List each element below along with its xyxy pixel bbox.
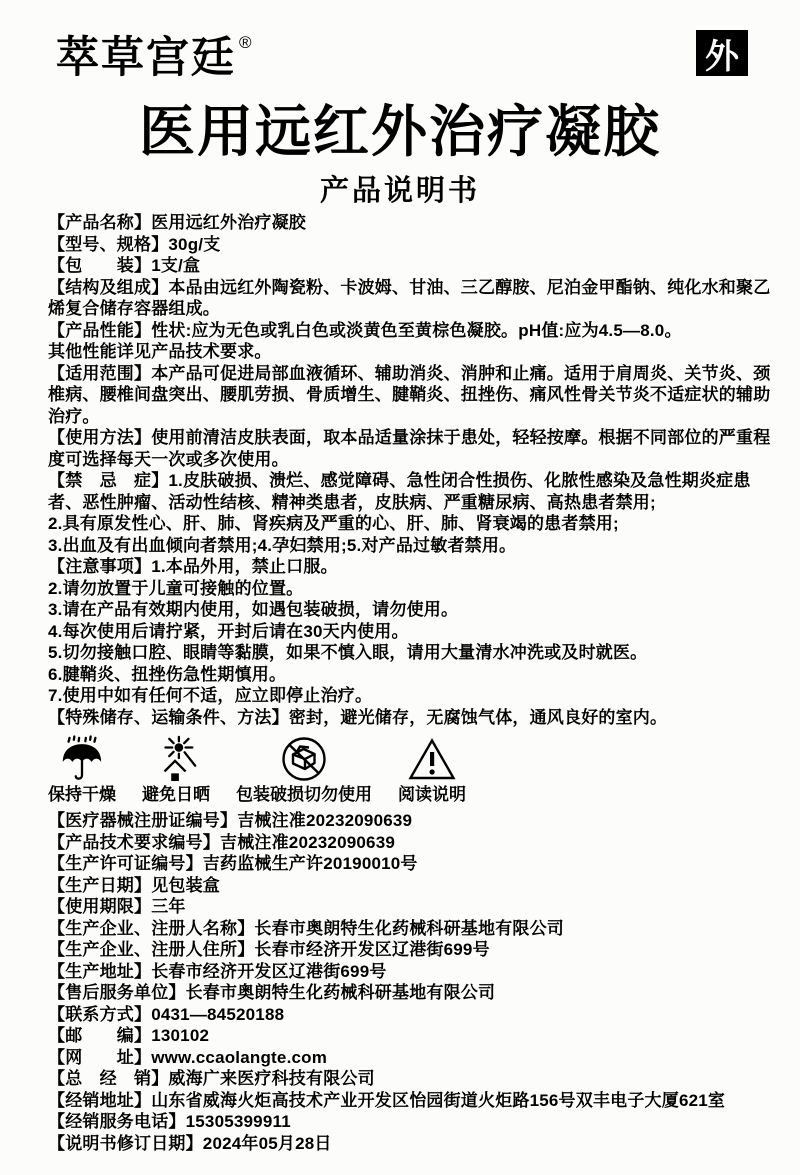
para-composition: 【结构及组成】本品由远红外陶瓷粉、卡波姆、甘油、三乙醇胺、尼泊金甲酯钠、纯化水和… (48, 277, 772, 320)
document-subtitle: 产品说明书 (0, 168, 800, 209)
document-body: 【产品名称】医用远红外治疗凝胶 【型号、规格】30g/支 【包 装】1支/盒 【… (48, 212, 772, 1154)
symbol-keep-dry: 保持干燥 (48, 735, 116, 805)
para-precaution-6: 6.腱鞘炎、扭挫伤急性期慎用。 (48, 664, 772, 686)
para-manufacturer-residence: 【生产企业、注册人住所】长春市经济开发区辽港街699号 (48, 939, 772, 961)
brand-name: 萃草宫廷 (56, 34, 236, 82)
para-registration-cert-no: 【医疗器械注册证编号】吉械注准20232090639 (48, 810, 772, 832)
para-distributor-address: 【经销地址】山东省威海火炬高技术产业开发区怡园街道火炬路156号双丰电子大厦62… (48, 1090, 772, 1112)
para-precaution-4: 4.每次使用后请拧紧，开封后请在30天内使用。 (48, 621, 772, 643)
para-performance: 【产品性能】性状:应为无色或乳白色或淡黄色至黄棕色凝胶。pH值:应为4.5—8.… (48, 320, 772, 342)
para-storage: 【特殊储存、运输条件、方法】密封，避光储存，无腐蚀气体，通风良好的室内。 (48, 707, 772, 729)
para-precaution-1: 【注意事项】1.本品外用，禁止口服。 (48, 556, 772, 578)
para-precaution-3: 3.请在产品有效期内使用，如遇包装破损，请勿使用。 (48, 599, 772, 621)
brand-logo: 萃草宫廷® (56, 24, 254, 85)
avoid-sunlight-icon (153, 735, 199, 785)
para-production-address: 【生产地址】长春市经济开发区辽港街699号 (48, 961, 772, 983)
para-postal-code: 【邮 编】130102 (48, 1025, 772, 1047)
para-contraindications-3: 3.出血及有出血倾向者禁用;4.孕妇禁用;5.对产品过敏者禁用。 (48, 535, 772, 557)
para-product-name: 【产品名称】医用远红外治疗凝胶 (48, 212, 772, 234)
para-packaging: 【包 装】1支/盒 (48, 255, 772, 277)
package-damaged-label: 包装破损切勿使用 (236, 785, 372, 805)
para-distributor-phone: 【经销服务电话】15305399911 (48, 1111, 772, 1133)
para-contact-phone: 【联系方式】0431—84520188 (48, 1004, 772, 1026)
para-contraindications-2: 2.具有原发性心、肝、肺、肾疾病及严重的心、肝、肺、肾衰竭的患者禁用; (48, 513, 772, 535)
para-precaution-2: 2.请勿放置于儿童可接触的位置。 (48, 578, 772, 600)
para-model-spec: 【型号、规格】30g/支 (48, 234, 772, 256)
product-title: 医用远红外治疗凝胶 (0, 88, 800, 168)
para-precaution-5: 5.切勿接触口腔、眼睛等黏膜，如果不慎入眼，请用大量清水冲洗或及时就医。 (48, 642, 772, 664)
para-after-sales-unit: 【售后服务单位】长春市奥朗特生化药械科研基地有限公司 (48, 982, 772, 1004)
symbol-read-instructions: 阅读说明 (398, 735, 466, 805)
para-distributor: 【总 经 销】威海广来医疗科技有限公司 (48, 1068, 772, 1090)
para-indications: 【适用范围】本产品可促进局部血液循环、辅助消炎、消肿和止痛。适用于肩周炎、关节炎… (48, 363, 772, 428)
para-tech-requirement-no: 【产品技术要求编号】吉械注准20232090639 (48, 832, 772, 854)
para-shelf-life: 【使用期限】三年 (48, 896, 772, 918)
para-precaution-7: 7.使用中如有任何不适，应立即停止治疗。 (48, 685, 772, 707)
para-website: 【网 址】www.ccaolangte.com (48, 1047, 772, 1069)
para-contraindications-1: 【禁 忌 症】1.皮肤破损、溃烂、感觉障碍、急性闭合性损伤、化脓性感染及急性期炎… (48, 470, 772, 513)
avoid-sunlight-label: 避免日晒 (142, 785, 210, 805)
read-instructions-label: 阅读说明 (398, 785, 466, 805)
symbol-package-damaged: 包装破损切勿使用 (236, 735, 372, 805)
instruction-sheet: 萃草宫廷® 外 医用远红外治疗凝胶 产品说明书 【产品名称】医用远红外治疗凝胶 … (0, 0, 800, 1175)
read-instructions-icon (407, 735, 457, 785)
package-damaged-icon (280, 735, 328, 785)
para-performance-note: 其他性能详见产品技术要求。 (48, 341, 772, 363)
para-revision-date: 【说明书修订日期】2024年05月28日 (48, 1133, 772, 1155)
keep-dry-icon (59, 735, 105, 785)
symbol-row: 保持干燥 (48, 735, 772, 805)
para-production-date: 【生产日期】见包装盒 (48, 875, 772, 897)
para-usage-method: 【使用方法】使用前清洁皮肤表面，取本品适量涂抹于患处，轻轻按摩。根据不同部位的严… (48, 427, 772, 470)
keep-dry-label: 保持干燥 (48, 785, 116, 805)
para-manufacturer-name: 【生产企业、注册人名称】长春市奥朗特生化药械科研基地有限公司 (48, 918, 772, 940)
registered-trademark-mark: ® (239, 33, 254, 52)
para-production-license-no: 【生产许可证编号】吉药监械生产许20190010号 (48, 853, 772, 875)
symbol-avoid-sunlight: 避免日晒 (142, 735, 210, 805)
external-use-badge: 外 (696, 30, 748, 76)
